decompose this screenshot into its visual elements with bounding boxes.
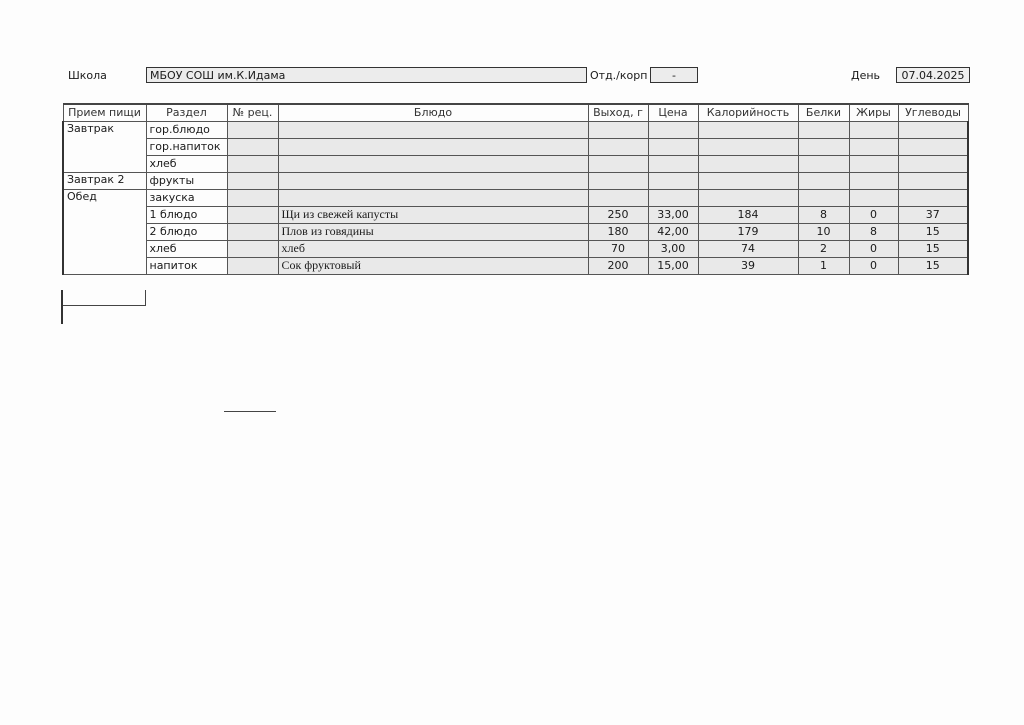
- table-left-border: [61, 290, 63, 324]
- carbs-cell[interactable]: [898, 189, 968, 206]
- protein-cell[interactable]: [798, 121, 849, 138]
- dept-field[interactable]: -: [650, 67, 698, 83]
- dish-cell[interactable]: [278, 121, 588, 138]
- recipe-cell[interactable]: [227, 121, 278, 138]
- recipe-cell[interactable]: [227, 155, 278, 172]
- output-cell[interactable]: [588, 189, 648, 206]
- calories-cell[interactable]: 74: [698, 240, 798, 257]
- output-cell[interactable]: [588, 138, 648, 155]
- fat-cell[interactable]: [849, 155, 898, 172]
- meal-cell[interactable]: Завтрак 2: [63, 172, 146, 189]
- recipe-cell[interactable]: [227, 172, 278, 189]
- calories-cell[interactable]: 39: [698, 257, 798, 274]
- fat-cell[interactable]: [849, 172, 898, 189]
- col-header-meal: Прием пищи: [63, 104, 146, 121]
- table-row: Обедзакуска: [63, 189, 968, 206]
- price-cell[interactable]: [648, 121, 698, 138]
- col-header-protein: Белки: [798, 104, 849, 121]
- protein-cell[interactable]: [798, 155, 849, 172]
- fat-cell[interactable]: 0: [849, 240, 898, 257]
- carbs-cell[interactable]: 15: [898, 257, 968, 274]
- table-row: гор.напиток: [63, 138, 968, 155]
- calories-cell[interactable]: [698, 172, 798, 189]
- output-cell[interactable]: [588, 121, 648, 138]
- dish-cell[interactable]: Плов из говядины: [278, 223, 588, 240]
- fat-cell[interactable]: 0: [849, 257, 898, 274]
- table-row: напитокСок фруктовый20015,00391015: [63, 257, 968, 274]
- price-cell[interactable]: 15,00: [648, 257, 698, 274]
- output-cell[interactable]: 200: [588, 257, 648, 274]
- calories-cell[interactable]: 184: [698, 206, 798, 223]
- dept-label: Отд./корп: [590, 69, 647, 82]
- output-cell[interactable]: 250: [588, 206, 648, 223]
- section-cell[interactable]: гор.напиток: [146, 138, 227, 155]
- underline-mark: [224, 411, 276, 412]
- table-row: 1 блюдоЩи из свежей капусты25033,0018480…: [63, 206, 968, 223]
- carbs-cell[interactable]: 15: [898, 240, 968, 257]
- price-cell[interactable]: [648, 155, 698, 172]
- table-row: хлеб: [63, 155, 968, 172]
- dish-cell[interactable]: Щи из свежей капусты: [278, 206, 588, 223]
- col-header-dish: Блюдо: [278, 104, 588, 121]
- protein-cell[interactable]: [798, 172, 849, 189]
- section-cell[interactable]: 2 блюдо: [146, 223, 227, 240]
- menu-table: Прием пищи Раздел № рец. Блюдо Выход, г …: [62, 103, 969, 275]
- section-cell[interactable]: напиток: [146, 257, 227, 274]
- col-header-price: Цена: [648, 104, 698, 121]
- output-cell[interactable]: 70: [588, 240, 648, 257]
- protein-cell[interactable]: 2: [798, 240, 849, 257]
- output-cell[interactable]: 180: [588, 223, 648, 240]
- dish-cell[interactable]: Сок фруктовый: [278, 257, 588, 274]
- price-cell[interactable]: 33,00: [648, 206, 698, 223]
- dish-cell[interactable]: [278, 189, 588, 206]
- fat-cell[interactable]: 8: [849, 223, 898, 240]
- col-header-section: Раздел: [146, 104, 227, 121]
- carbs-cell[interactable]: [898, 121, 968, 138]
- col-header-output: Выход, г: [588, 104, 648, 121]
- table-header-row: Прием пищи Раздел № рец. Блюдо Выход, г …: [63, 104, 968, 121]
- fat-cell[interactable]: [849, 189, 898, 206]
- col-header-carbs: Углеводы: [898, 104, 968, 121]
- day-label: День: [851, 69, 880, 82]
- protein-cell[interactable]: 10: [798, 223, 849, 240]
- table-row: Завтракгор.блюдо: [63, 121, 968, 138]
- output-cell[interactable]: [588, 172, 648, 189]
- fat-cell[interactable]: [849, 121, 898, 138]
- price-cell[interactable]: [648, 189, 698, 206]
- calories-cell[interactable]: 179: [698, 223, 798, 240]
- recipe-cell[interactable]: [227, 206, 278, 223]
- meal-cell[interactable]: Завтрак: [63, 121, 146, 172]
- section-cell[interactable]: фрукты: [146, 172, 227, 189]
- meal-column-border: [145, 290, 146, 306]
- protein-cell[interactable]: 8: [798, 206, 849, 223]
- dish-cell[interactable]: хлеб: [278, 240, 588, 257]
- day-field[interactable]: 07.04.2025: [896, 67, 970, 83]
- dish-cell[interactable]: [278, 172, 588, 189]
- recipe-cell[interactable]: [227, 189, 278, 206]
- section-cell[interactable]: хлеб: [146, 240, 227, 257]
- calories-cell[interactable]: [698, 189, 798, 206]
- carbs-cell[interactable]: 15: [898, 223, 968, 240]
- carbs-cell[interactable]: [898, 138, 968, 155]
- section-cell[interactable]: хлеб: [146, 155, 227, 172]
- output-cell[interactable]: [588, 155, 648, 172]
- section-cell[interactable]: 1 блюдо: [146, 206, 227, 223]
- protein-cell[interactable]: 1: [798, 257, 849, 274]
- protein-cell[interactable]: [798, 138, 849, 155]
- fat-cell[interactable]: [849, 138, 898, 155]
- calories-cell[interactable]: [698, 138, 798, 155]
- school-label: Школа: [68, 69, 107, 82]
- section-cell[interactable]: закуска: [146, 189, 227, 206]
- table-row: 2 блюдоПлов из говядины18042,0017910815: [63, 223, 968, 240]
- recipe-cell[interactable]: [227, 257, 278, 274]
- meal-column-bottom: [63, 305, 146, 306]
- col-header-fat: Жиры: [849, 104, 898, 121]
- fat-cell[interactable]: 0: [849, 206, 898, 223]
- price-cell[interactable]: [648, 138, 698, 155]
- section-cell[interactable]: гор.блюдо: [146, 121, 227, 138]
- carbs-cell[interactable]: [898, 155, 968, 172]
- recipe-cell[interactable]: [227, 240, 278, 257]
- carbs-cell[interactable]: 37: [898, 206, 968, 223]
- calories-cell[interactable]: [698, 155, 798, 172]
- recipe-cell[interactable]: [227, 223, 278, 240]
- price-cell[interactable]: [648, 172, 698, 189]
- table-row: Завтрак 2фрукты: [63, 172, 968, 189]
- price-cell[interactable]: 42,00: [648, 223, 698, 240]
- meal-cell[interactable]: Обед: [63, 189, 146, 274]
- dish-cell[interactable]: [278, 138, 588, 155]
- dish-cell[interactable]: [278, 155, 588, 172]
- calories-cell[interactable]: [698, 121, 798, 138]
- recipe-cell[interactable]: [227, 138, 278, 155]
- table-row: хлебхлеб703,00742015: [63, 240, 968, 257]
- carbs-cell[interactable]: [898, 172, 968, 189]
- col-header-recipe: № рец.: [227, 104, 278, 121]
- school-field[interactable]: МБОУ СОШ им.К.Идама: [146, 67, 587, 83]
- col-header-calories: Калорийность: [698, 104, 798, 121]
- protein-cell[interactable]: [798, 189, 849, 206]
- price-cell[interactable]: 3,00: [648, 240, 698, 257]
